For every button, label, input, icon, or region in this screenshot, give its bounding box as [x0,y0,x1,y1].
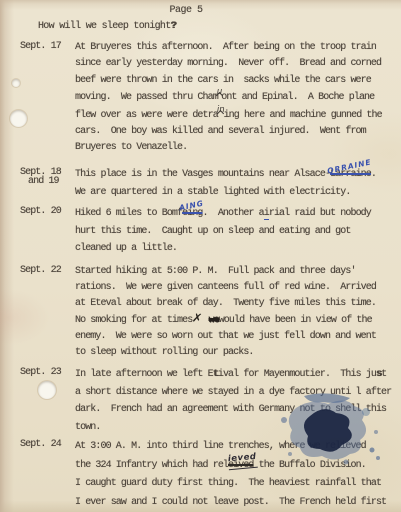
handwritten-note: AING [178,195,206,217]
entry-line: since early yesterday morning. Never off… [75,56,401,72]
entry-line: At Bruyeres this afternoon. After being … [75,40,401,56]
ink-blot [276,390,384,468]
diary-entry: Sept. 17 At Bruyeres this afternoon. Aft… [0,40,401,157]
entry-lines: Started hiking at 5:00 P. M. Full pack a… [75,264,401,361]
entry-date: Sept. 23 [20,367,61,378]
entry-line: I ever saw and I could not leave post. T… [75,494,401,512]
entry-line: flew over as were were detraining here a… [75,107,401,124]
entry-line: cars. One boy was killed and several inj… [75,124,401,140]
entry-line: Hiked 6 miles to BomfeingAING. Another a… [75,205,401,223]
entry-date: Sept. 17 [20,41,61,52]
entry-lines: This place is in the Vasges mountains ne… [75,166,401,202]
entry-line: beef were thrown in the cars in sacks wh… [75,73,401,89]
entry-line: Bruyeres to Venazelle. [75,140,401,156]
entry-line: No smoking for at times✗ wewould have be… [75,311,401,329]
handwritten-note: ieved [227,447,257,469]
entry-line: Started hiking at 5:00 P. M. Full pack a… [75,264,401,280]
entry-date: Sept. 24 [20,439,61,450]
entry-date: Sept. 20 [20,206,61,217]
scanned-diary-page: Page 5 How will we sleep tonight? Sept. … [0,0,401,512]
entry-lines: Hiked 6 miles to BomfeingAING. Another a… [75,205,401,258]
punch-hole-left [10,110,27,127]
handwritten-note: ORRAINE [326,154,374,181]
entry-line: This place is in the Vasges mountains ne… [75,166,401,184]
entry-line: hurt this time. Caught up on sleep and e… [75,223,401,241]
page-number: Page 5 [0,5,372,16]
entry-line: We are quartered in a stable lighted wit… [75,184,401,202]
punch-hole-lower [38,381,56,399]
entry-line: enemy. We were so worn out that we just … [75,329,401,345]
entry-line: cleaned up a little. [75,240,401,258]
entry-lines: At Bruyeres this afternoon. After being … [75,40,401,157]
entry-line: I caught guard duty first thing. The hea… [75,475,401,494]
page-subtitle: How will we sleep tonight? [38,21,176,32]
entry-line: In late afternoon we left Etival for May… [75,366,401,384]
punch-hole-small [12,79,20,87]
diary-entry: Sept. 20 Hiked 6 miles to BomfeingAING. … [0,205,401,258]
entry-line: at Eteval about break of day. Twenty fiv… [75,296,401,312]
entry-date-2: and 19 [28,176,59,187]
entry-line: to sleep without rolling our packs. [75,345,401,361]
entry-date: Sept. 22 [20,265,61,276]
diary-entry: Sept. 22 Started hiking at 5:00 P. M. Fu… [0,264,401,361]
entry-line: rations. We were given canteens full of … [75,280,401,296]
entry-line: moving. We passed thru Chamuont and Epin… [75,89,401,106]
